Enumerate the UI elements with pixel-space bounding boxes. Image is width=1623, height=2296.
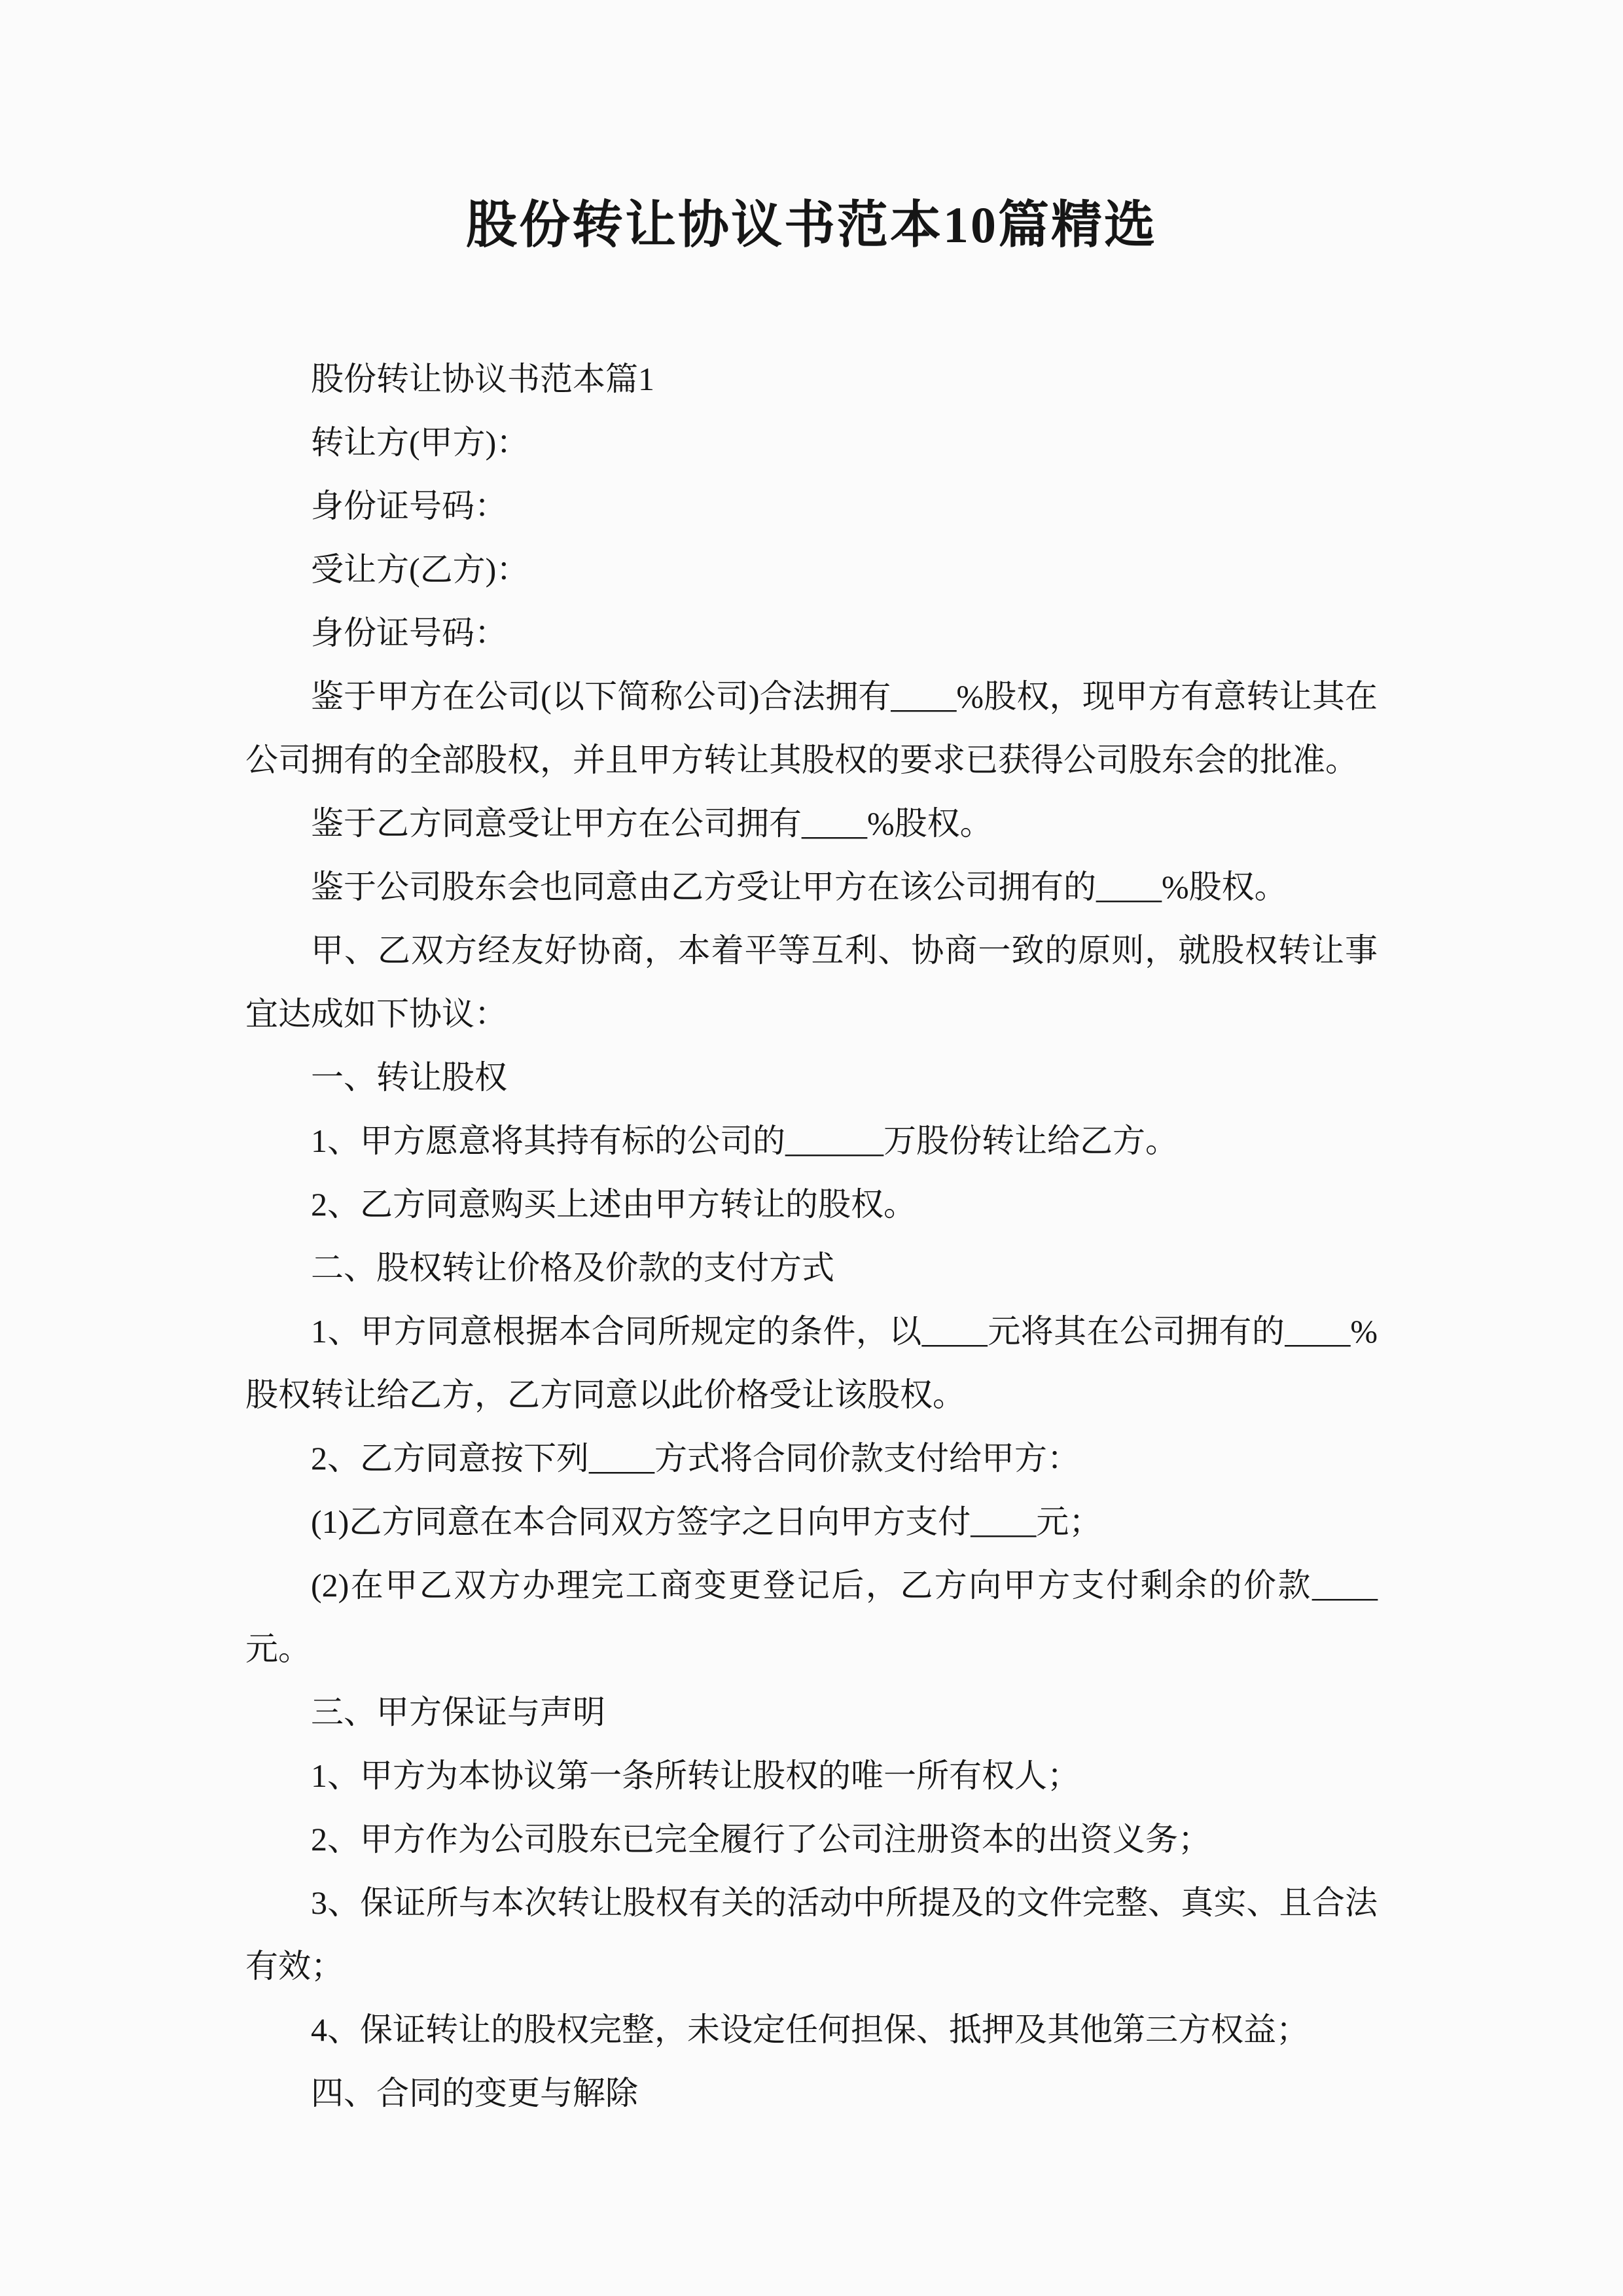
paragraph: 1、甲方愿意将其持有标的公司的______万股份转让给乙方。 [245, 1109, 1378, 1173]
paragraph: 2、甲方作为公司股东已完全履行了公司注册资本的出资义务； [245, 1808, 1378, 1871]
document-page: 股份转让协议书范本10篇精选 股份转让协议书范本篇1转让方(甲方)：身份证号码：… [0, 0, 1623, 2296]
paragraph: 三、甲方保证与声明 [245, 1681, 1378, 1744]
document-title: 股份转让协议书范本10篇精选 [0, 0, 1623, 257]
paragraph: 鉴于公司股东会也同意由乙方受让甲方在该公司拥有的____%股权。 [245, 855, 1378, 919]
paragraph: 1、甲方同意根据本合同所规定的条件，以____元将其在公司拥有的____%股权转… [245, 1300, 1378, 1427]
paragraph: 2、乙方同意按下列____方式将合同价款支付给甲方： [245, 1427, 1378, 1490]
paragraph: (2)在甲乙双方办理完工商变更登记后，乙方向甲方支付剩余的价款____元。 [245, 1554, 1378, 1681]
paragraph: 身份证号码： [245, 601, 1378, 665]
paragraph: 受让方(乙方)： [245, 538, 1378, 601]
paragraph: 转让方(甲方)： [245, 411, 1378, 475]
paragraph: 2、乙方同意购买上述由甲方转让的股权。 [245, 1173, 1378, 1236]
paragraph: 二、股权转让价格及价款的支付方式 [245, 1236, 1378, 1300]
paragraph: 1、甲方为本协议第一条所转让股权的唯一所有权人； [245, 1744, 1378, 1808]
paragraph: 身份证号码： [245, 475, 1378, 538]
paragraph: 一、转让股权 [245, 1046, 1378, 1109]
paragraph: (1)乙方同意在本合同双方签字之日向甲方支付____元； [245, 1490, 1378, 1554]
paragraph: 甲、乙双方经友好协商，本着平等互利、协商一致的原则，就股权转让事宜达成如下协议： [245, 919, 1378, 1046]
paragraph: 鉴于甲方在公司(以下简称公司)合法拥有____%股权，现甲方有意转让其在公司拥有… [245, 665, 1378, 792]
paragraph: 股份转让协议书范本篇1 [245, 348, 1378, 411]
paragraph: 鉴于乙方同意受让甲方在公司拥有____%股权。 [245, 792, 1378, 855]
paragraph: 4、保证转让的股权完整，未设定任何担保、抵押及其他第三方权益； [245, 1998, 1378, 2062]
paragraph: 四、合同的变更与解除 [245, 2062, 1378, 2125]
document-body: 股份转让协议书范本篇1转让方(甲方)：身份证号码：受让方(乙方)：身份证号码：鉴… [245, 348, 1378, 2125]
paragraph: 3、保证所与本次转让股权有关的活动中所提及的文件完整、真实、且合法有效； [245, 1871, 1378, 1998]
